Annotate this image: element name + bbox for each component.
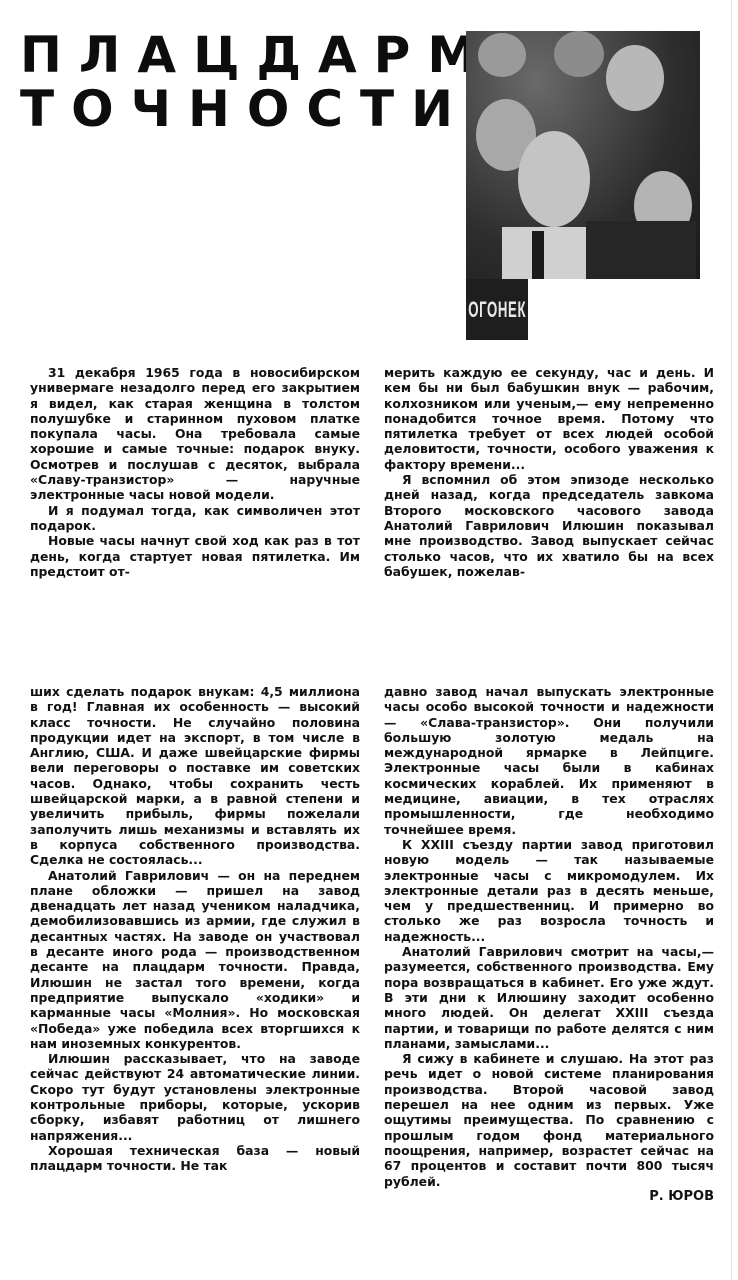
cover-photo <box>466 31 700 279</box>
paragraph: Хорошая техническая база — новый плацдар… <box>30 1143 360 1174</box>
paragraph: Я вспомнил об этом эпизоде несколько дне… <box>384 472 714 579</box>
title-line-1: ПЛАЦДАРМ <box>20 28 494 82</box>
paragraph: Анатолий Гаврилович — он на переднем пла… <box>30 868 360 1052</box>
paragraph: Илюшин рассказывает, что на заводе сейча… <box>30 1051 360 1143</box>
paragraph: К XXIII съезду партии завод приготовил н… <box>384 837 714 944</box>
paragraph: И я подумал тогда, как символичен этот п… <box>30 503 360 534</box>
text-column-3: ших сделать подарок внукам: 4,5 миллиона… <box>30 684 360 1174</box>
text-column-4: давно завод начал выпускать электронные … <box>384 684 714 1204</box>
ogonek-logo: ОГОНЕК <box>466 279 528 340</box>
paragraph: 31 декабря 1965 года в новосибирском уни… <box>30 365 360 503</box>
paragraph: Новые часы начнут свой ход как раз в тот… <box>30 533 360 579</box>
paragraph: ших сделать подарок внукам: 4,5 миллиона… <box>30 684 360 868</box>
article-title: ПЛАЦДАРМ ТОЧНОСТИ <box>20 28 494 136</box>
title-line-2: ТОЧНОСТИ <box>20 82 494 136</box>
author-signature: Р. ЮРОВ <box>384 1189 714 1204</box>
paragraph: Анатолий Гаврилович смотрит на часы,— ра… <box>384 944 714 1051</box>
paragraph: давно завод начал выпускать электронные … <box>384 684 714 837</box>
text-column-2: мерить каждую ее секунду, час и день. И … <box>384 365 714 579</box>
page-edge <box>731 0 732 1280</box>
text-column-1: 31 декабря 1965 года в новосибирском уни… <box>30 365 360 579</box>
paragraph: Я сижу в кабинете и слушаю. На этот раз … <box>384 1051 714 1189</box>
paragraph: мерить каждую ее секунду, час и день. И … <box>384 365 714 472</box>
